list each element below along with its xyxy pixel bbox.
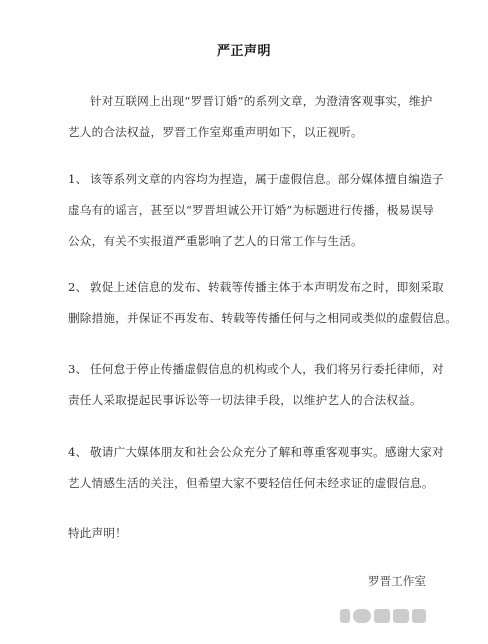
item-line: 该等系列文章的内容均为捏造，属于虚假信息。部分媒体擅自编造子 xyxy=(90,172,444,186)
item-line: 艺人情感生活的关注，但希望大家不要轻信任何未经求证的虚假信息。 xyxy=(68,468,428,499)
signature: 罗晋工作室 xyxy=(368,573,426,589)
intro-line: 艺人的合法权益，罗晋工作室郑重声明如下，以正视听。 xyxy=(68,117,428,148)
item-2: 2、敦促上述信息的发布、转载等传播主体于本声明发布之时，即刻采取 删除措施，并保… xyxy=(68,272,428,334)
intro-paragraph: 针对互联网上出现“罗晋订婚”的系列文章，为澄清客观事实，维护 艺人的合法权益，罗… xyxy=(68,86,428,148)
item-4: 4、敬请广大媒体朋友和社会公众充分了解和尊重客观事实。感谢大家对 艺人情感生活的… xyxy=(68,437,428,499)
intro-line: 针对互联网上出现“罗晋订婚”的系列文章，为澄清客观事实，维护 xyxy=(68,86,428,117)
item-3: 3、任何怠于停止传播虚假信息的机构或个人，我们将另行委托律师，对 责任人采取提起… xyxy=(68,354,428,416)
item-number: 2、 xyxy=(68,272,90,303)
item-line: 虚乌有的谣言，甚至以“罗晋坦诚公开订婚”为标题进行传播，极易误导 xyxy=(68,195,428,226)
watermark-logo-icon xyxy=(340,605,426,627)
item-1: 1、该等系列文章的内容均为捏造，属于虚假信息。部分媒体擅自编造子 虚乌有的谣言，… xyxy=(68,164,428,257)
item-line: 删除措施，并保证不再发布、转载等传播任何与之相同或类似的虚假信息。 xyxy=(68,303,428,334)
item-number: 3、 xyxy=(68,354,90,385)
item-line: 任何怠于停止传播虚假信息的机构或个人，我们将另行委托律师，对 xyxy=(90,362,444,376)
item-line: 公众，有关不实报道严重影响了艺人的日常工作与生活。 xyxy=(68,226,428,257)
closing-line: 特此声明！ xyxy=(68,518,428,549)
item-line: 责任人采取提起民事诉讼等一切法律手段，以维护艺人的合法权益。 xyxy=(68,385,428,416)
item-number: 1、 xyxy=(68,164,90,195)
item-line: 敦促上述信息的发布、转载等传播主体于本声明发布之时，即刻采取 xyxy=(90,280,444,294)
item-line: 敬请广大媒体朋友和社会公众充分了解和尊重客观事实。感谢大家对 xyxy=(90,445,444,459)
item-number: 4、 xyxy=(68,437,90,468)
document-title: 严正声明 xyxy=(0,40,488,59)
